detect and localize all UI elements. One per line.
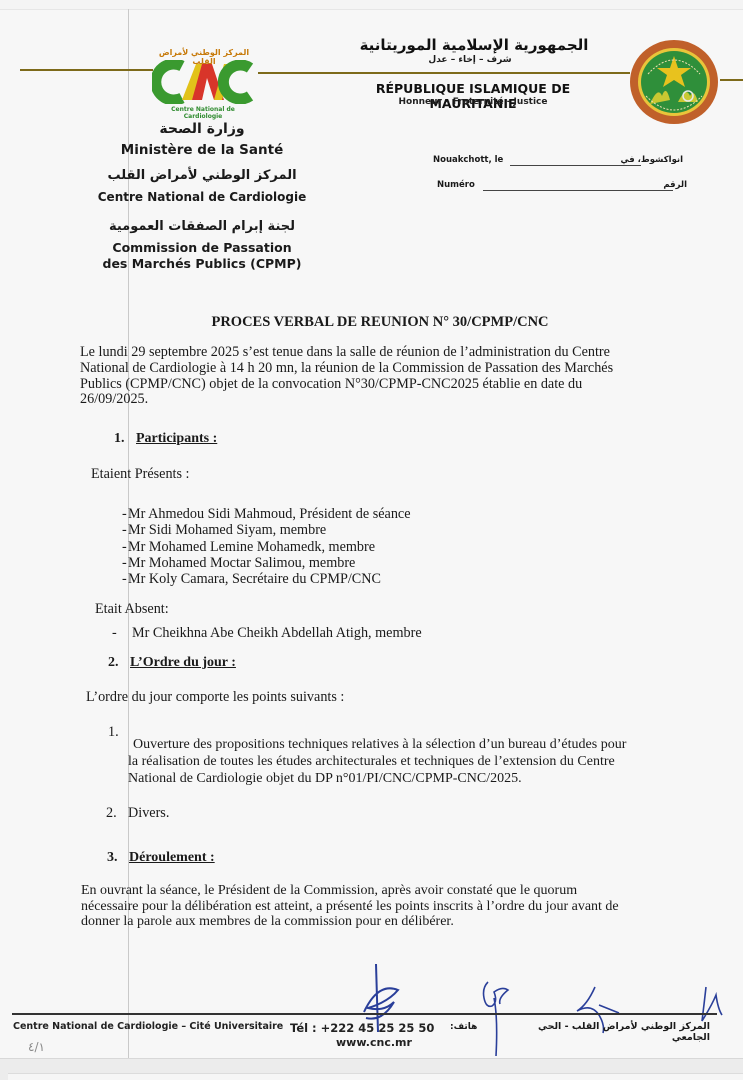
participant-item: -Mr Ahmedou Sidi Mahmoud, Président de s…	[122, 506, 411, 523]
center-arabic: المركز الوطني لأمراض القلب	[95, 168, 309, 183]
center-french: Centre National de Cardiologie	[95, 190, 309, 204]
present-label: Etaient Présents :	[91, 466, 190, 483]
cnc-logo-subtitle: Centre National de Cardiologie	[152, 106, 254, 120]
number-label-fr: Numéro	[437, 180, 475, 190]
participant-item: -Mr Sidi Mohamed Siyam, membre	[122, 522, 326, 539]
footer-address-fr: Centre National de Cardiologie – Cité Un…	[13, 1021, 283, 1032]
footer-website: www.cnc.mr	[336, 1036, 412, 1049]
republic-arabic: الجمهورية الإسلامية الموريتانية	[356, 36, 592, 54]
intro-line: 26/09/2025.	[80, 392, 698, 408]
deroulement-paragraph: En ouvrant la séance, le Président de la…	[81, 883, 691, 930]
number-label-ar: الرقم	[663, 180, 687, 190]
header-rule-right	[720, 79, 743, 81]
commission-french-line2: des Marchés Publics (CPMP)	[95, 256, 309, 271]
footer-address-ar: المركز الوطني لأمراض القلب - الحي الجامع…	[508, 1021, 710, 1043]
date-label-fr: Nouakchott, le	[433, 155, 503, 165]
intro-paragraph: Le lundi 29 septembre 2025 s’est tenue d…	[80, 345, 698, 408]
intro-line: Publics (CPMP/CNC) objet de la convocati…	[80, 377, 698, 393]
header-rule-middle	[258, 72, 630, 74]
intro-line: Le lundi 29 septembre 2025 s’est tenue d…	[80, 345, 698, 361]
motto-arabic: شرف – إخاء – عدل	[380, 55, 560, 65]
commission-arabic: لجنة إبرام الصفقات العمومية	[95, 219, 309, 234]
absent-item: -Mr Cheikhna Abe Cheikh Abdellah Atigh, …	[112, 625, 422, 642]
section-agenda-heading: 2.L’Ordre du jour :	[108, 655, 236, 671]
agenda-item-number: 1.	[108, 724, 119, 741]
ministry-french: Ministère de la Santé	[95, 142, 309, 158]
intro-line: National de Cardiologie à 14 h 20 mn, la…	[80, 361, 698, 377]
header-rule-left	[20, 69, 153, 71]
participant-item: -Mr Mohamed Moctar Salimou, membre	[122, 555, 355, 572]
agenda-item: Divers.	[128, 805, 169, 822]
document-title: PROCES VERBAL DE REUNION N° 30/CPMP/CNC	[60, 314, 700, 331]
section-participants-heading: 1.Participants :	[114, 431, 217, 447]
number-blank-line	[483, 190, 673, 191]
footer-phone-ar-label: هاتف:	[450, 1022, 477, 1032]
footer-rule	[12, 1013, 717, 1015]
footer-phone: Tél : +222 45 25 25 50	[290, 1021, 434, 1035]
agenda-item-number: 2.	[106, 805, 117, 822]
page-number: ٤/١	[28, 1040, 45, 1054]
ministry-arabic: وزارة الصحة	[95, 121, 309, 137]
agenda-item: Ouverture des propositions techniques re…	[128, 736, 670, 787]
scan-bottom-strip	[0, 1058, 743, 1080]
date-label-ar: انواكشوط، في	[621, 155, 683, 165]
motto-french: Honneur – Fraternité - Justice	[348, 97, 598, 107]
section-deroulement-heading: 3.Déroulement :	[107, 850, 215, 866]
participant-item: -Mr Koly Camara, Secrétaire du CPMP/CNC	[122, 571, 381, 588]
agenda-intro: L’ordre du jour comporte les points suiv…	[86, 689, 344, 706]
absent-label: Etait Absent:	[95, 601, 169, 618]
signature-4	[692, 985, 728, 1025]
date-blank-line	[510, 165, 641, 166]
commission-french-line1: Commission de Passation	[95, 240, 309, 255]
cnc-logo: المركز الوطني لأمراض القلب Centre Nation…	[152, 48, 254, 118]
signature-2	[478, 978, 518, 1058]
mauritania-coat-of-arms-icon	[628, 38, 720, 126]
cnc-letters-icon	[152, 60, 254, 104]
participant-item: -Mr Mohamed Lemine Mohamedk, membre	[122, 539, 375, 556]
